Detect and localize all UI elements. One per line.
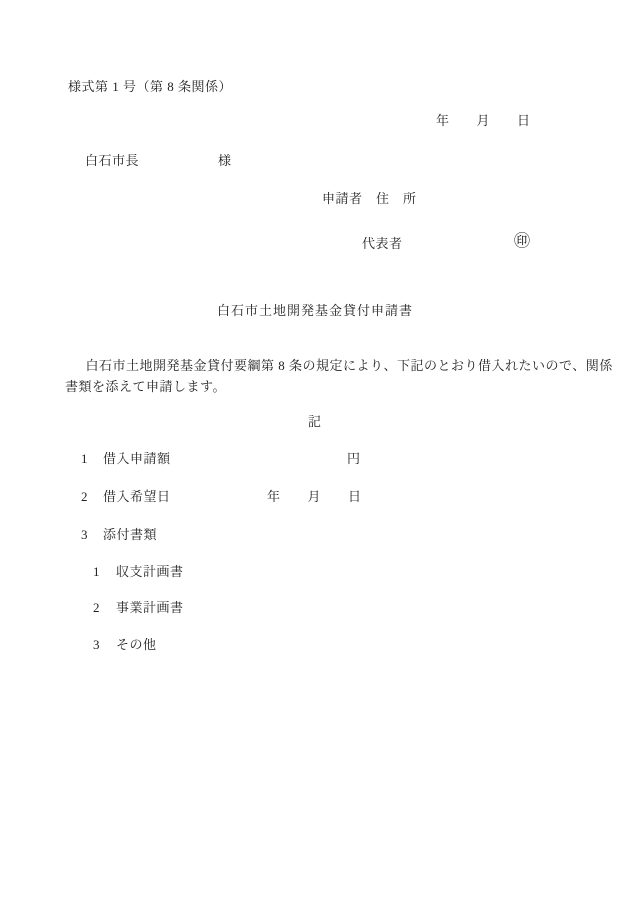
- attachment-2-number: 2: [93, 600, 100, 616]
- seal-mark-icon: ㊞: [514, 234, 530, 250]
- attachment-1-label: 収支計画書: [116, 564, 184, 580]
- list-header: 記: [0, 414, 630, 430]
- applicant-address-line: 申請者 住 所: [322, 191, 417, 207]
- item-1-number: 1: [81, 451, 88, 467]
- item-1-label: 借入申請額: [103, 451, 171, 467]
- item-2-label: 借入希望日: [103, 489, 171, 505]
- form-number: 様式第 1 号（第 8 条関係）: [68, 79, 232, 95]
- item-3-number: 3: [81, 527, 88, 543]
- attachment-2-label: 事業計画書: [116, 600, 184, 616]
- attachment-1-number: 1: [93, 564, 100, 580]
- date-placeholder: 年 月 日: [436, 113, 531, 129]
- addressee-name: 白石市長: [85, 153, 139, 169]
- item-2-date-placeholder: 年 月 日: [267, 489, 362, 505]
- document-title: 白石市土地開発基金貸付申請書: [0, 303, 630, 319]
- attachment-3-number: 3: [93, 637, 100, 653]
- attachment-3-label: その他: [116, 637, 157, 653]
- body-text-line-2: 書類を添えて申請します。: [65, 379, 226, 395]
- representative-label: 代表者: [362, 236, 403, 252]
- item-1-unit: 円: [347, 451, 361, 467]
- item-3-label: 添付書類: [103, 527, 157, 543]
- body-text-line-1: 白石市土地開発基金貸付要綱第 8 条の規定により、下記のとおり借入れたいので、関…: [72, 358, 613, 374]
- application-form-page: 様式第 1 号（第 8 条関係） 年 月 日 白石市長 様 申請者 住 所 代表…: [0, 0, 630, 903]
- item-2-number: 2: [81, 489, 88, 505]
- addressee-honorific: 様: [218, 153, 232, 169]
